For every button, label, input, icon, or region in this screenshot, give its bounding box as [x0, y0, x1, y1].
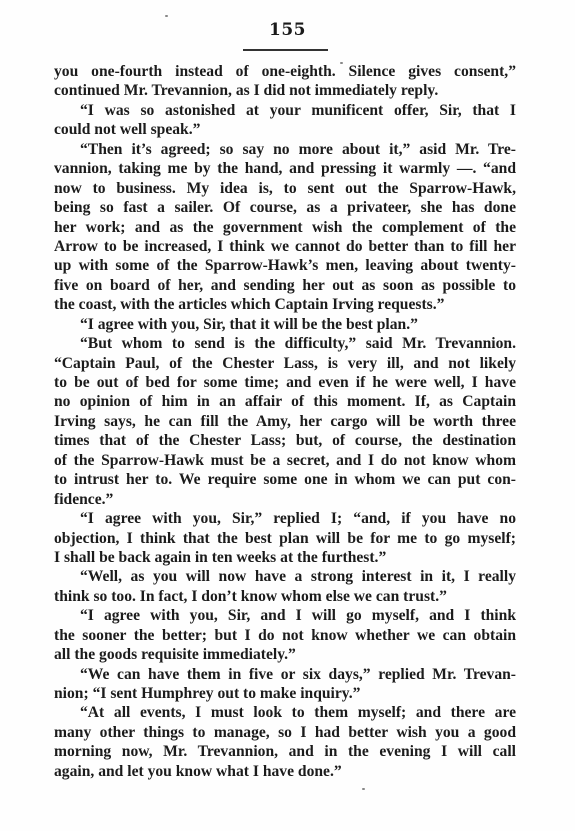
text-line: “I agree with you, Sir, that it will be … — [54, 315, 516, 334]
page-number: 155 — [0, 20, 575, 40]
text-line: “I agree with you, Sir, and I will go my… — [54, 606, 516, 625]
text-line: nion; “I sent Humphrey out to make inqui… — [54, 684, 516, 703]
text-line: “We can have them in five or six days,” … — [54, 665, 516, 684]
text-line: morning now, Mr. Trevannion, and in the … — [54, 742, 516, 761]
text-line: the sooner the better; but I do not know… — [54, 626, 516, 645]
text-line: her work; and as the government wish the… — [54, 218, 516, 237]
text-line: objection, I think that the best plan wi… — [54, 529, 516, 548]
text-line: five on board of her, and sending her ou… — [54, 276, 516, 295]
text-line: to be out of bed for some time; and even… — [54, 373, 516, 392]
text-line: again, and let you know what I have done… — [54, 762, 516, 781]
text-line: continued Mr. Trevannion, as I did not i… — [54, 81, 516, 100]
text-line: “Then it’s agreed; so say no more about … — [54, 140, 516, 159]
text-line: to intrust her to. We require some one i… — [54, 470, 516, 489]
text-line: “Captain Paul, of the Chester Lass, is v… — [54, 354, 516, 373]
book-page: 155 you one-fourth instead of one-eighth… — [0, 0, 575, 831]
text-line: could not well speak.” — [54, 120, 516, 139]
text-line: you one-fourth instead of one-eighth. Si… — [54, 62, 516, 81]
text-line: up with some of the Sparrow-Hawk’s men, … — [54, 256, 516, 275]
text-line: “I agree with you, Sir,” replied I; “and… — [54, 509, 516, 528]
text-line: fidence.” — [54, 490, 516, 509]
text-line: Irving says, he can fill the Amy, her ca… — [54, 412, 516, 431]
text-line: “Well, as you will now have a strong int… — [54, 567, 516, 586]
text-line: “But whom to send is the difficulty,” sa… — [54, 334, 516, 353]
text-line: think so too. In fact, I don’t know whom… — [54, 587, 516, 606]
text-line: “I was so astonished at your munificent … — [54, 101, 516, 120]
text-line: all the goods requisite immediately.” — [54, 645, 516, 664]
header-rule — [243, 49, 328, 51]
text-line: the coast, with the articles which Capta… — [54, 295, 516, 314]
text-line: now to business. My idea is, to sent out… — [54, 179, 516, 198]
text-line: times that of the Chester Lass; but, of … — [54, 431, 516, 450]
text-line: many other things to manage, so I had be… — [54, 723, 516, 742]
text-line: being so fast a sailer. Of course, as a … — [54, 198, 516, 217]
text-line: of the Sparrow-Hawk must be a secret, an… — [54, 451, 516, 470]
print-speck — [362, 788, 365, 790]
print-speck — [165, 15, 168, 17]
text-line: “At all events, I must look to them myse… — [54, 703, 516, 722]
body-text: you one-fourth instead of one-eighth. Si… — [54, 62, 516, 781]
text-line: no opinion of him in an affair of this m… — [54, 392, 516, 411]
text-line: I shall be back again in ten weeks at th… — [54, 548, 516, 567]
text-line: Arrow to be increased, I think we cannot… — [54, 237, 516, 256]
text-line: vannion, taking me by the hand, and pres… — [54, 159, 516, 178]
